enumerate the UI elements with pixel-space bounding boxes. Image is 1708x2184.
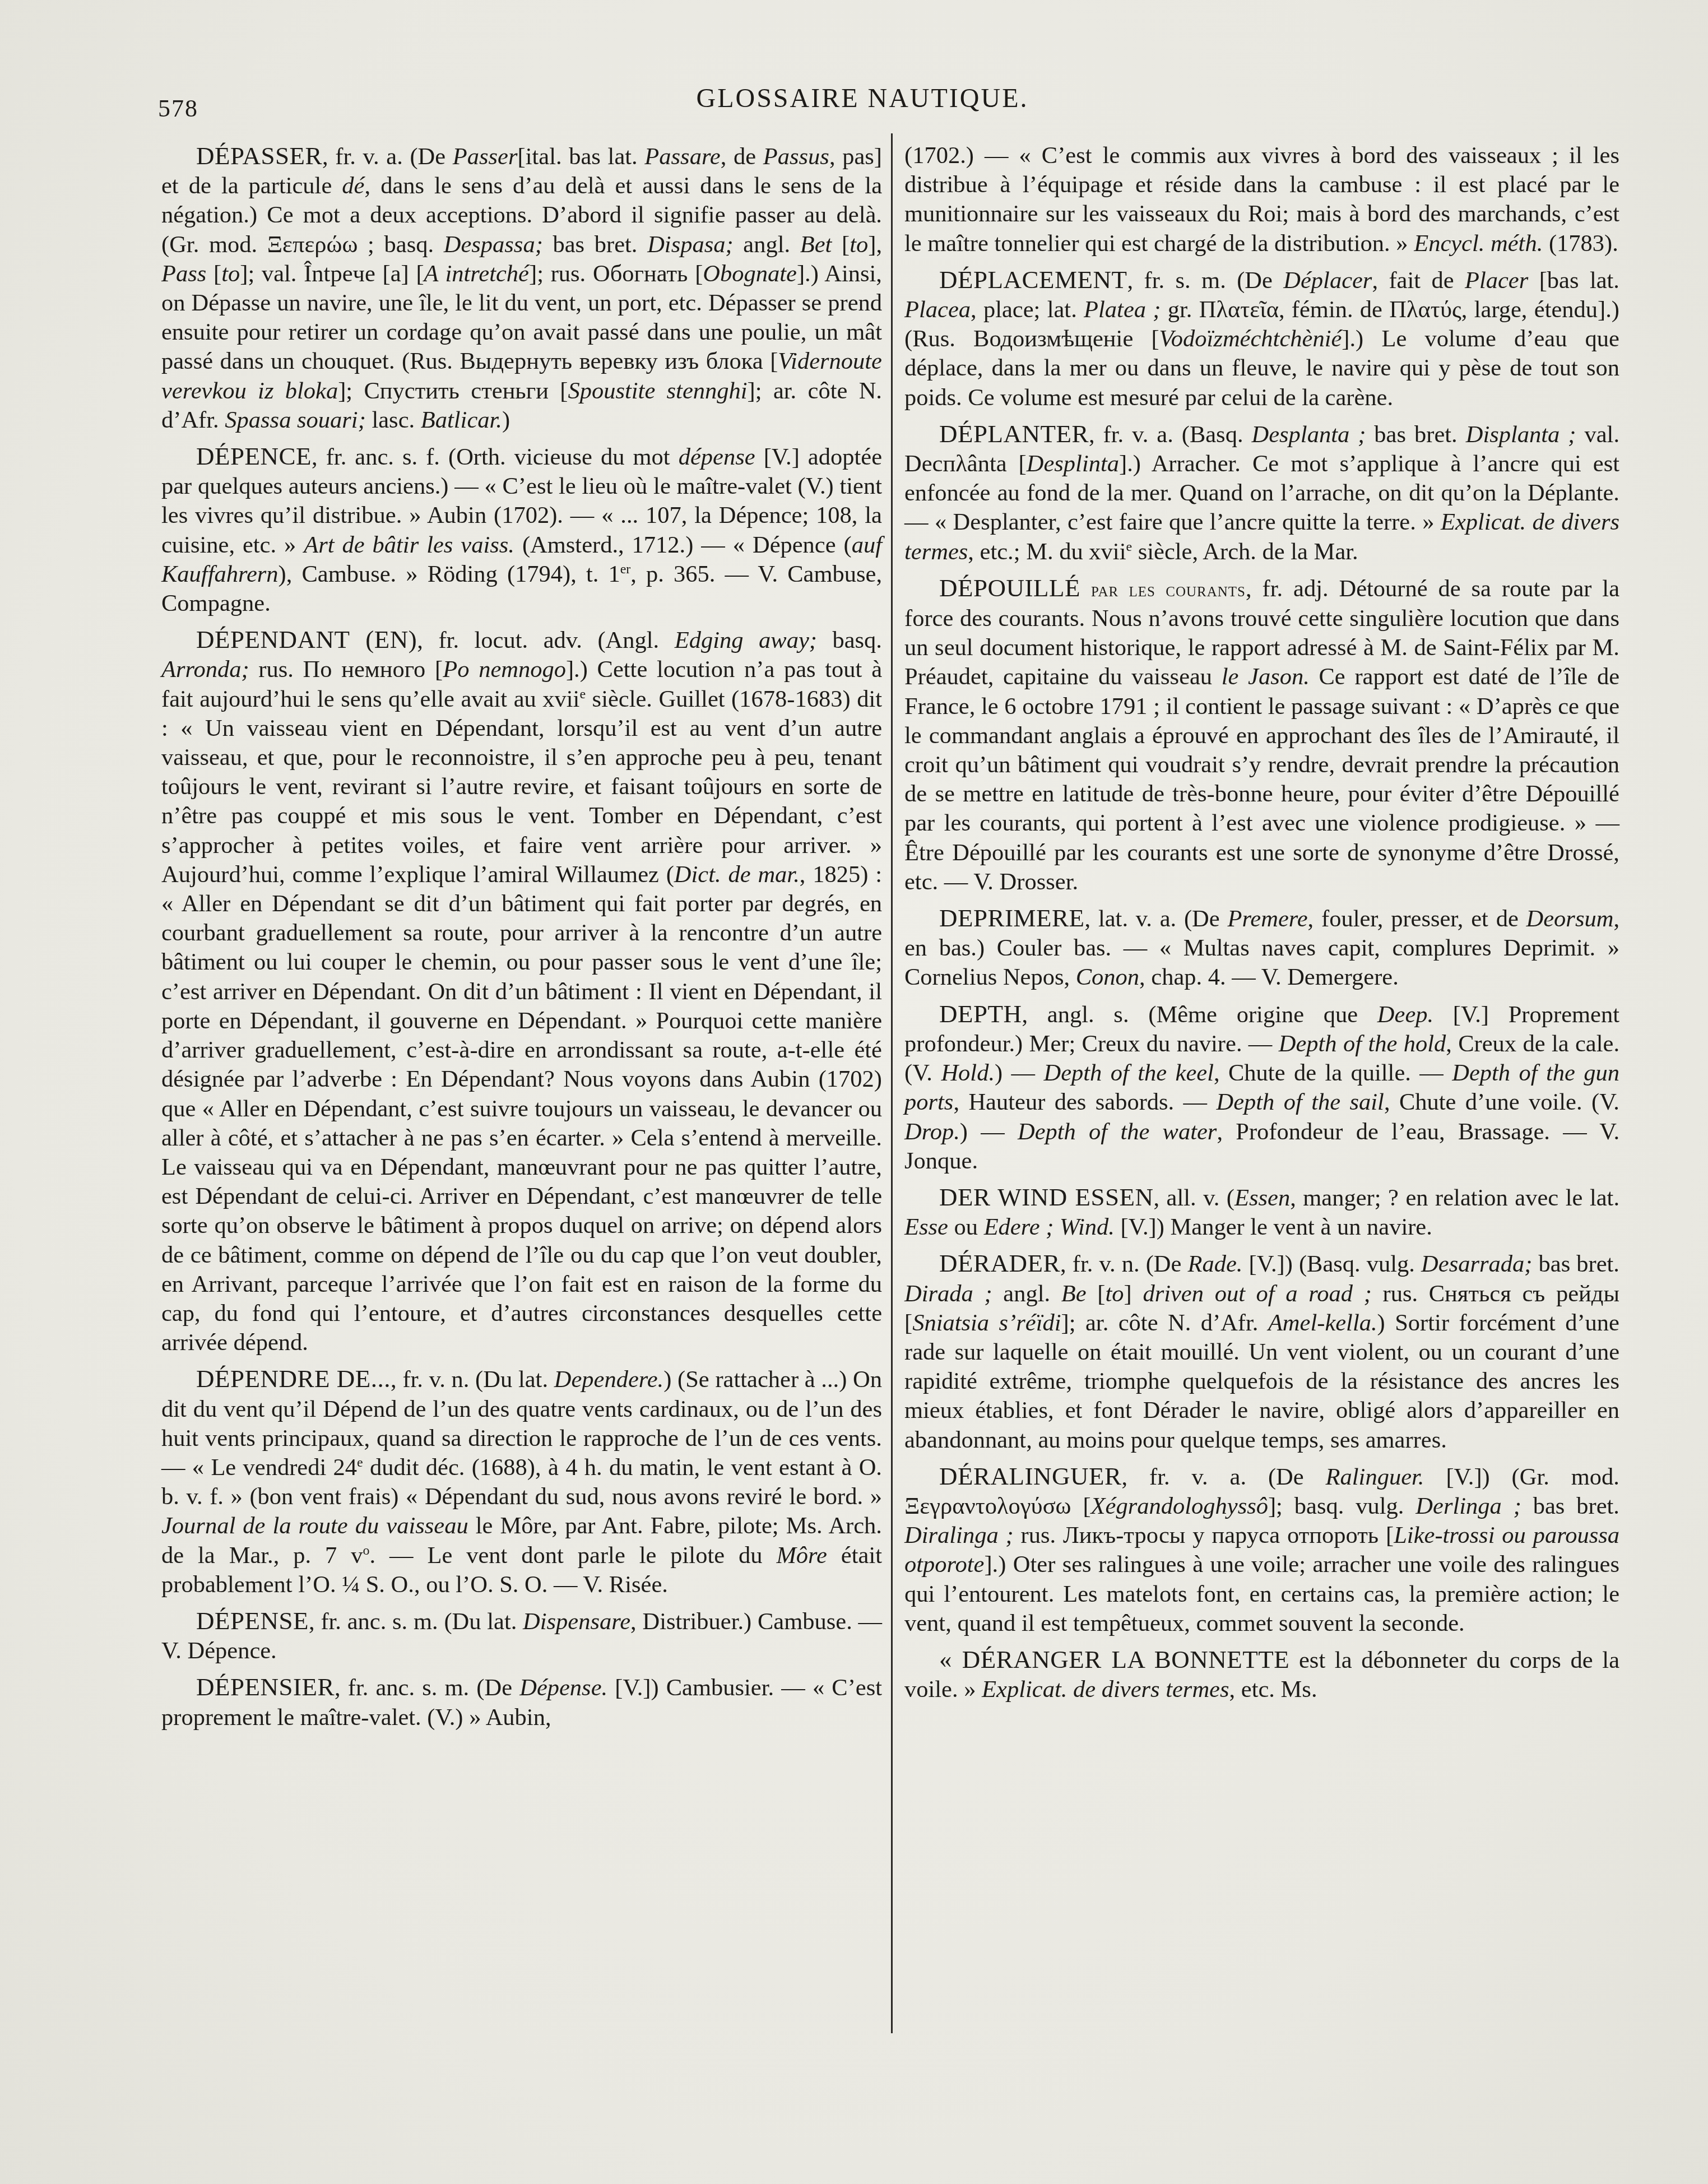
italic-term: Depth of the keel	[1044, 1060, 1214, 1086]
entry-text: . — Le vent dont parle le pilote du	[370, 1542, 777, 1569]
entry-text: ou	[948, 1214, 984, 1240]
italic-term: Deorsum	[1526, 906, 1614, 932]
glossary-entry: DÉPLACEMENT, fr. s. m. (De Déplacer, fai…	[904, 265, 1619, 412]
italic-term: Encycl. méth.	[1414, 230, 1543, 257]
right-column: (1702.) — « C’est le commis aux vivres à…	[904, 141, 1619, 1711]
italic-term: Passer	[453, 143, 518, 170]
entry-text: ].) Oter ses ralingues à une voile; arra…	[904, 1551, 1619, 1636]
entry-text: Ce rapport est daté de l’île de France, …	[904, 664, 1619, 894]
glossary-entry: (1702.) — « C’est le commis aux vivres à…	[904, 141, 1619, 258]
entry-text: ],	[868, 231, 882, 258]
entry-headword: DÉPENSIER	[196, 1673, 335, 1701]
entry-headword: DÉRADER	[939, 1249, 1060, 1277]
italic-term: Spoustite stennghi	[568, 378, 747, 404]
book-page: 578 GLOSSAIRE NAUTIQUE. DÉPASSER, fr. v.…	[0, 0, 1708, 2184]
entry-text: , fr. v. n. (De	[1060, 1251, 1187, 1277]
entry-text: bas bret.	[1532, 1251, 1619, 1277]
superscript: e	[357, 1455, 363, 1470]
entry-text: , fr. v. n. (Du lat.	[391, 1366, 554, 1393]
entry-headword: DEPRIMERE	[939, 904, 1085, 932]
entry-text: ), Cambuse. » Röding (1794), t. 1	[279, 561, 620, 587]
glossary-entry: DER WIND ESSEN, all. v. (Essen, manger; …	[904, 1183, 1619, 1242]
italic-term: Essen	[1234, 1185, 1290, 1211]
entry-headword: DEPTH	[939, 1000, 1022, 1028]
entry-headword: DÉPENDANT (EN)	[196, 625, 417, 653]
entry-headword: DÉPASSER	[196, 142, 322, 170]
glossary-entry: « DÉRANGER LA BONNETTE est la débonneter…	[904, 1645, 1619, 1704]
entry-text: )	[502, 407, 510, 433]
entry-text: siècle. Guillet (1678-1683) dit : « Un v…	[161, 686, 882, 888]
italic-term: Be	[1061, 1281, 1087, 1307]
entry-text: rus. Ликъ-тросы у паруса отпороть [	[1014, 1522, 1394, 1548]
entry-text	[1080, 576, 1091, 602]
entry-text: , fr. anc. s. f. (Orth. vicieuse du mot	[312, 444, 679, 470]
italic-term: Arronda;	[161, 656, 249, 683]
italic-term: Obognate	[703, 261, 797, 287]
italic-term: A intretché	[424, 261, 529, 287]
italic-term: Edging away;	[675, 627, 817, 653]
italic-term: Passus	[763, 143, 829, 170]
italic-term: Môre	[776, 1542, 827, 1569]
italic-term: Desplanta ;	[1252, 421, 1366, 448]
glossary-entry: DEPRIMERE, lat. v. a. (De Premere, foule…	[904, 903, 1619, 993]
italic-term: Depth of the sail	[1216, 1089, 1384, 1115]
entry-text: , chap. 4. — V. Demergere.	[1139, 964, 1399, 990]
glossary-entry: DÉRADER, fr. v. n. (De Rade. [V.]) (Basq…	[904, 1249, 1619, 1454]
italic-term: Amel-kella.	[1268, 1310, 1377, 1336]
entry-text: [V.]) (Basq. vulg.	[1242, 1251, 1421, 1277]
italic-term: Rade.	[1187, 1251, 1242, 1277]
italic-term: driven out of a road ;	[1143, 1281, 1371, 1307]
entry-text: ]; val. Întрeчe [a] [	[240, 261, 424, 287]
italic-term: Desplinta	[1027, 451, 1119, 477]
entry-text: , fait de	[1372, 267, 1465, 294]
italic-term: Déplacer	[1283, 267, 1372, 294]
entry-text: [V.]) Manger le vent à un navire.	[1115, 1214, 1432, 1240]
entry-text: , all. v. (	[1153, 1185, 1234, 1211]
italic-term: Sniatsia s’réïdi	[912, 1310, 1061, 1336]
italic-term: Premere	[1227, 906, 1307, 932]
entry-headword: DÉPOUILLÉ	[939, 574, 1080, 602]
italic-term: Ralinguer.	[1326, 1464, 1424, 1490]
italic-term: Dict. de mar.	[674, 861, 800, 888]
entry-headword: DÉPLANTER	[939, 420, 1089, 448]
italic-term: Dirada ;	[904, 1281, 992, 1307]
entry-text: [ital. bas lat.	[518, 143, 645, 170]
italic-term: Despassa;	[444, 231, 543, 258]
glossary-entry: DÉPASSER, fr. v. a. (De Passer[ital. bas…	[161, 141, 882, 435]
glossary-entry: DÉPENSIER, fr. anc. s. m. (De Dépense. […	[161, 1672, 882, 1732]
italic-term: Dispensare	[523, 1608, 630, 1635]
entry-text: siècle, Arch. de la Mar.	[1132, 539, 1358, 565]
entry-text: , 1825) : « Aller en Dépendant se dit d’…	[161, 861, 882, 1356]
entry-headword: DÉPENSE	[196, 1607, 309, 1635]
italic-term: Journal de la route du vaisseau	[161, 1513, 468, 1539]
entry-text: ]	[1124, 1281, 1143, 1307]
italic-term: Platea ;	[1084, 296, 1161, 323]
entry-text: (1783).	[1543, 230, 1618, 257]
italic-term: Dispasa;	[647, 231, 733, 258]
entry-text: , etc.; M. du xvii	[968, 539, 1126, 565]
italic-term: Spassa souari;	[225, 407, 366, 433]
entry-text: ) —	[995, 1060, 1043, 1086]
entry-text: ]; basq. vulg.	[1268, 1493, 1415, 1519]
entry-headword: DÉPENDRE DE...	[196, 1365, 391, 1393]
italic-term: Po nemnogo	[443, 656, 566, 683]
italic-term: Placea	[904, 296, 971, 323]
entry-text: ]; ar. côte N. d’Afr.	[1061, 1310, 1268, 1336]
italic-term: Pass	[161, 261, 206, 287]
italic-term: Diralinga ;	[904, 1522, 1014, 1548]
italic-term: Batlicar.	[421, 407, 502, 433]
entry-text: [	[1087, 1281, 1106, 1307]
entry-text: , Chute de la quille. —	[1214, 1060, 1452, 1086]
entry-text: , manger; ? en relation avec le lat.	[1290, 1185, 1619, 1211]
italic-term: Wind.	[1060, 1214, 1115, 1240]
italic-term: Xégrandologhyssô	[1091, 1493, 1268, 1519]
entry-text: , Chute d’une voile. (V.	[1384, 1089, 1619, 1115]
entry-text: , etc. Ms.	[1229, 1676, 1317, 1703]
entry-text: angl.	[992, 1281, 1061, 1307]
entry-text: , fr. s. m. (De	[1127, 267, 1284, 294]
entry-text: rus. По немного [	[249, 656, 443, 683]
italic-term: to	[1105, 1281, 1124, 1307]
italic-term: Deep.	[1377, 1001, 1433, 1028]
italic-term: Depth of the hold	[1279, 1031, 1446, 1057]
glossary-entry: DÉPENDRE DE..., fr. v. n. (Du lat. Depen…	[161, 1364, 882, 1599]
italic-term: Drop.	[904, 1119, 960, 1145]
entry-text: , fr. v. a. (Basq.	[1089, 421, 1252, 448]
entry-headword: DÉRALINGUER	[939, 1462, 1121, 1490]
entry-text: , fr. anc. s. m. (De	[335, 1675, 519, 1701]
glossary-entry: DÉPENSE, fr. anc. s. m. (Du lat. Dispens…	[161, 1606, 882, 1666]
entry-text: basq.	[817, 627, 882, 653]
entry-text: ]; rus. Обогнать [	[529, 261, 703, 287]
italic-term: dépense	[679, 444, 755, 470]
entry-text: bas bret.	[1366, 421, 1465, 448]
entry-text: , fr. locut. adv. (Angl.	[417, 627, 674, 653]
glossary-entry: DÉPLANTER, fr. v. a. (Basq. Desplanta ; …	[904, 419, 1619, 567]
entry-text: bas bret.	[543, 231, 647, 258]
italic-term: Esse	[904, 1214, 948, 1240]
entry-text: [bas lat.	[1528, 267, 1619, 294]
entry-text: ) —	[960, 1119, 1018, 1145]
entry-text: , Hauteur des sabords. —	[953, 1089, 1216, 1115]
entry-text: bas bret.	[1521, 1493, 1619, 1519]
glossary-entry: DÉPOUILLÉ par les courants, fr. adj. Dét…	[904, 573, 1619, 897]
entry-text: lasc.	[366, 407, 421, 433]
entry-text: [	[206, 261, 221, 287]
running-title: GLOSSAIRE NAUTIQUE.	[0, 83, 1708, 114]
left-column: DÉPASSER, fr. v. a. (De Passer[ital. bas…	[161, 141, 882, 1739]
italic-term: dé	[342, 173, 364, 199]
italic-term: Dépense.	[519, 1675, 607, 1701]
entry-text: , place; lat.	[971, 296, 1084, 323]
glossary-entry: DEPTH, angl. s. (Même origine que Deep. …	[904, 999, 1619, 1176]
italic-term: Depth of the water	[1018, 1119, 1217, 1145]
entry-headword: DÉPENCE	[196, 442, 312, 470]
entry-text: ]; Спустить стеньги [	[338, 378, 568, 404]
column-divider	[891, 133, 893, 2033]
entry-headword: DER WIND ESSEN	[939, 1183, 1153, 1211]
entry-text: , fouler, presser, et de	[1308, 906, 1526, 932]
superscript: e	[1126, 539, 1132, 554]
italic-term: Derlinga ;	[1415, 1493, 1521, 1519]
italic-term: Passare	[644, 143, 720, 170]
superscript: e	[579, 687, 586, 702]
italic-term: Bet	[800, 231, 832, 258]
italic-term: to	[221, 261, 240, 287]
entry-text: angl.	[734, 231, 800, 258]
italic-term: Vodoïzméchtchènié	[1159, 326, 1342, 352]
entry-text: , lat. v. a. (De	[1085, 906, 1228, 932]
entry-headword: « DÉRANGER LA BONNETTE	[939, 1645, 1289, 1673]
entry-text: (Amsterd., 1712.) — « Dépence (	[514, 532, 852, 558]
italic-term: Dependere.	[554, 1366, 663, 1393]
italic-term: Hold.	[941, 1060, 995, 1086]
entry-text: , de	[721, 143, 763, 170]
superscript: o	[363, 1543, 370, 1557]
entry-text	[1053, 1214, 1060, 1240]
superscript: er	[620, 562, 631, 577]
glossary-entry: DÉPENCE, fr. anc. s. f. (Orth. vicieuse …	[161, 442, 882, 618]
entry-text: , fr. v. a. (De	[1121, 1464, 1325, 1490]
entry-text: , fr. v. a. (De	[322, 143, 453, 170]
italic-term: Displanta ;	[1466, 421, 1576, 448]
entry-headword: DÉPLACEMENT	[939, 266, 1127, 294]
italic-term: Edere ;	[984, 1214, 1054, 1240]
glossary-entry: DÉRALINGUER, fr. v. a. (De Ralinguer. [V…	[904, 1462, 1619, 1638]
small-caps-text: par les courants	[1091, 578, 1246, 601]
italic-term: to	[850, 231, 868, 258]
entry-text: , angl. s. (Même origine que	[1022, 1001, 1377, 1028]
entry-text: , fr. anc. s. m. (Du lat.	[309, 1608, 523, 1635]
glossary-entry: DÉPENDANT (EN), fr. locut. adv. (Angl. E…	[161, 625, 882, 1357]
italic-term: le Jason.	[1222, 664, 1310, 690]
italic-term: Desarrada;	[1421, 1251, 1532, 1277]
italic-term: Conon	[1076, 964, 1139, 990]
italic-term: Placer	[1465, 267, 1528, 294]
italic-term: Explicat. de divers termes	[982, 1676, 1229, 1703]
entry-text: [	[832, 231, 850, 258]
italic-term: Art de bâtir les vaiss.	[304, 532, 514, 558]
